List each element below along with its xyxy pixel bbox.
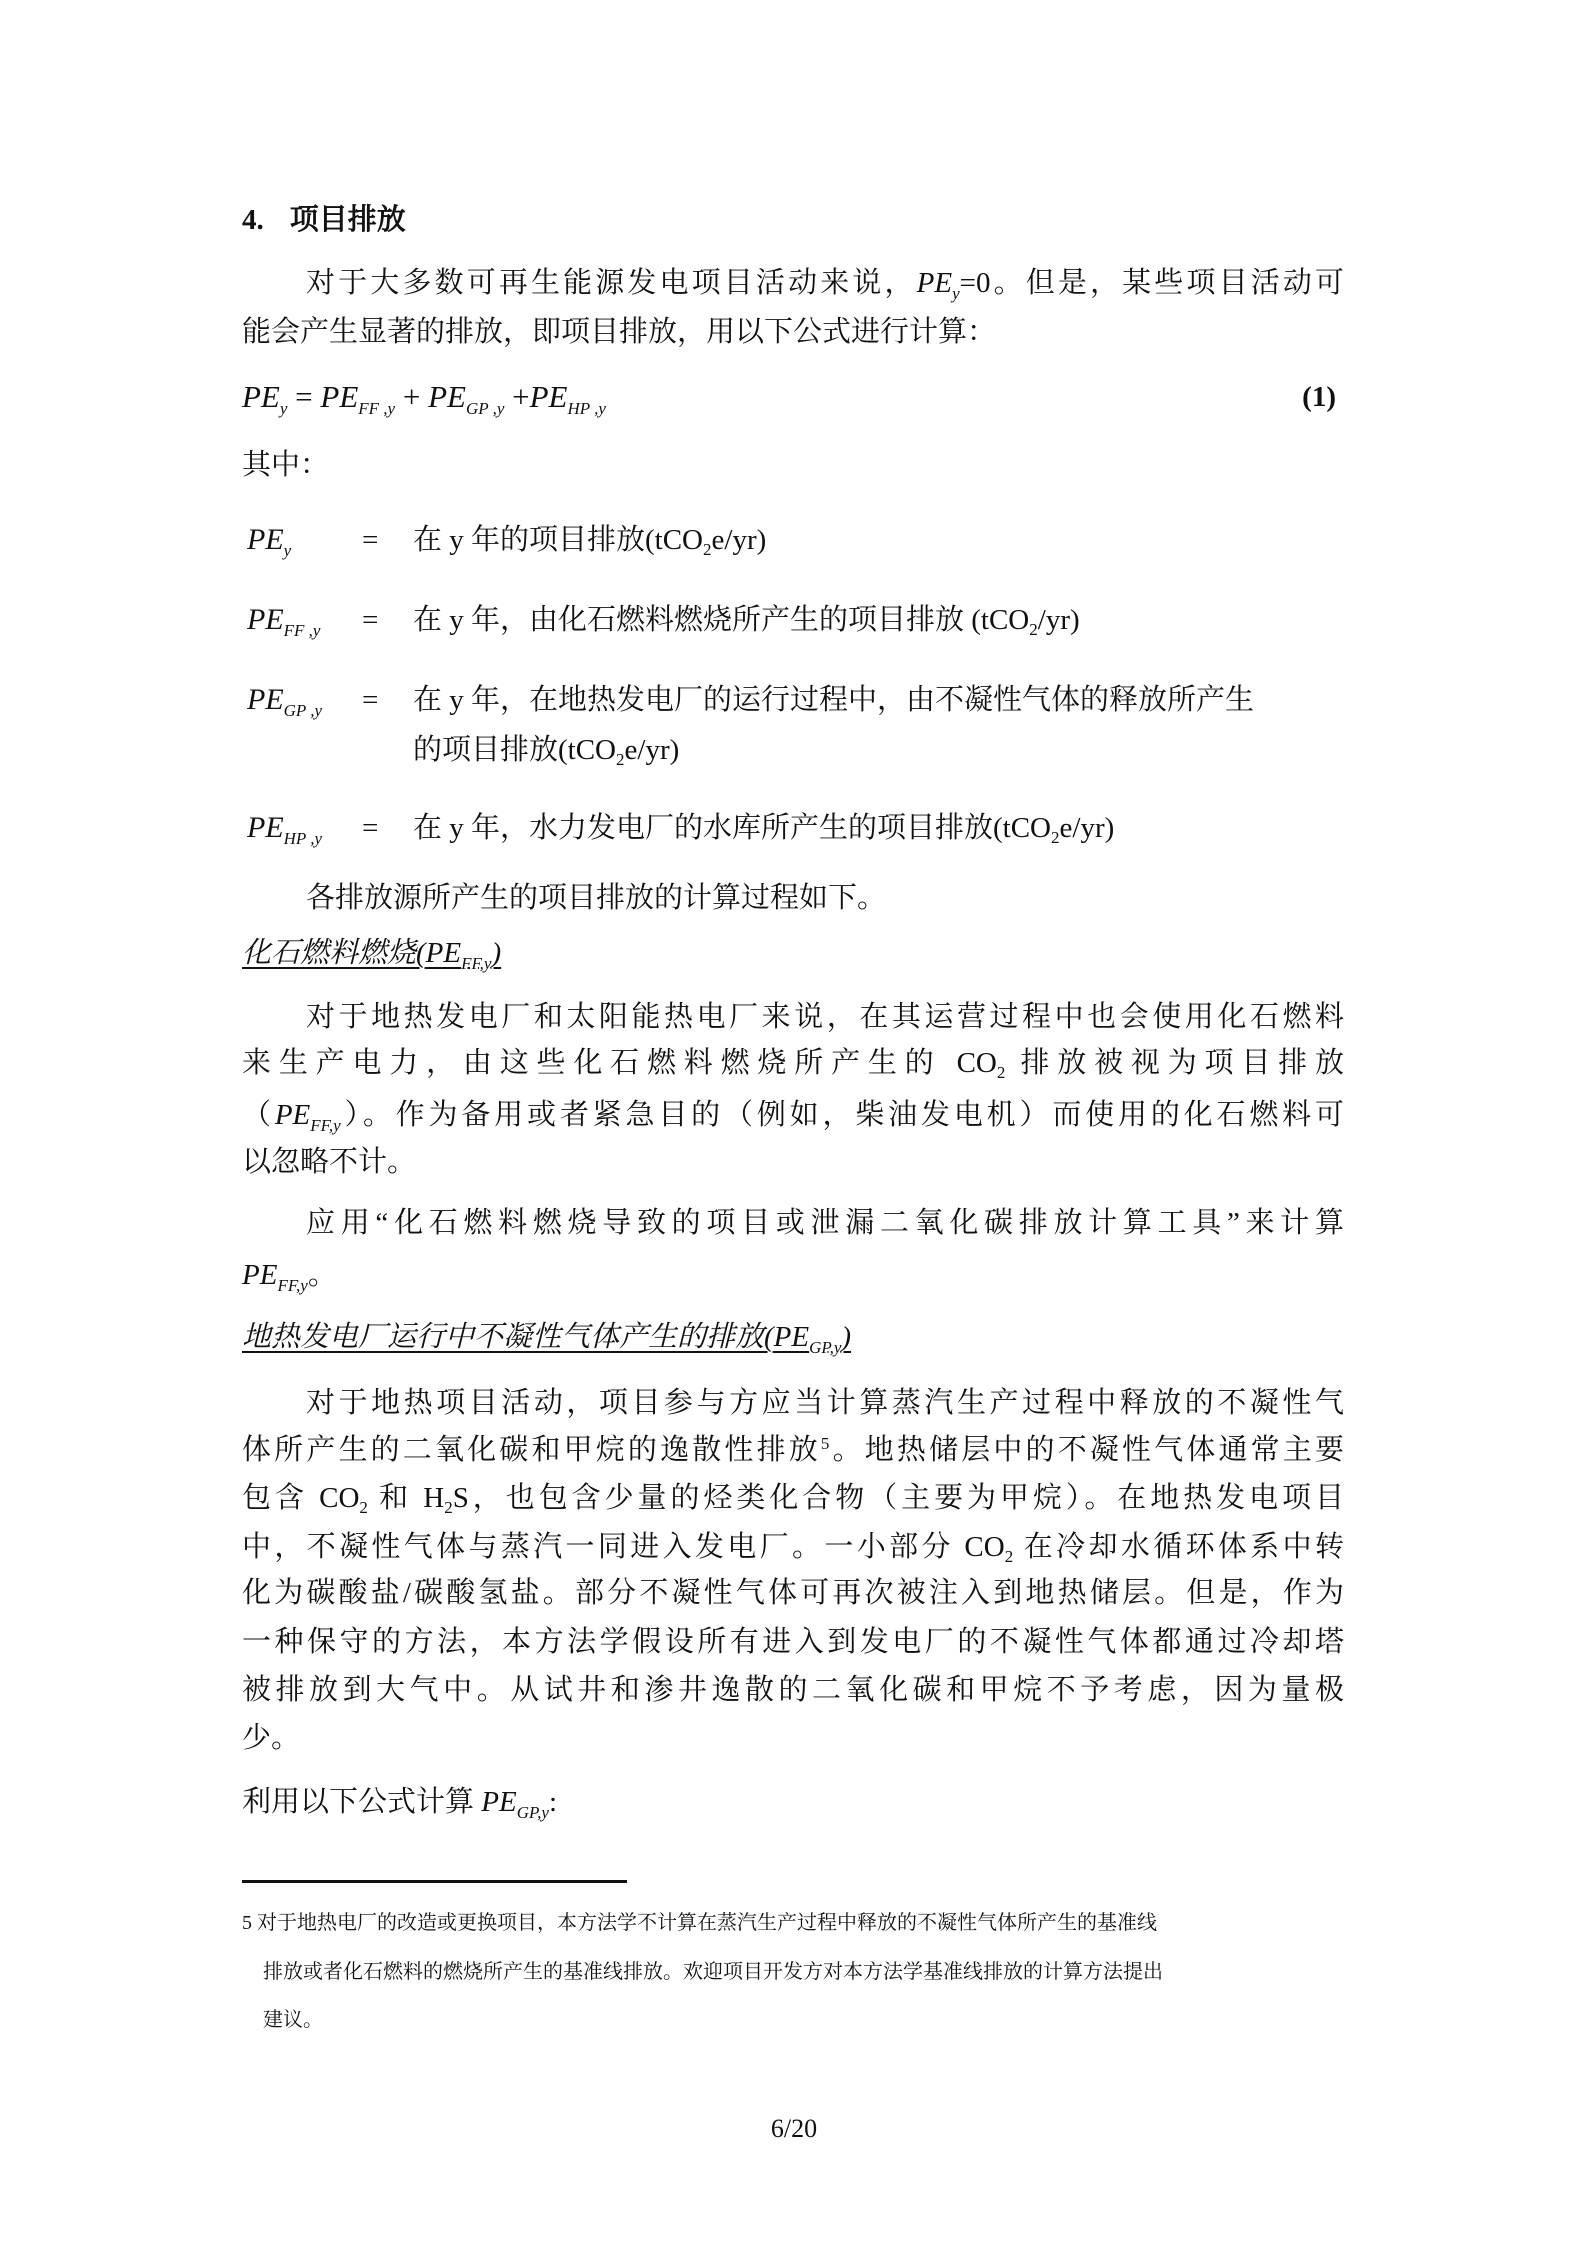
para-text: 中，不凝性气体与蒸汽一同进入发电厂。一小部分 CO — [242, 1531, 1005, 1563]
def-text: e/yr) — [712, 524, 767, 556]
eq-term-gp-sub: GP ,y — [466, 399, 504, 418]
subscript: 2 — [616, 750, 625, 769]
def-symbol-base: PE — [247, 683, 284, 716]
para-tool-line-1: 应用“化石燃料燃烧导致的项目或泄漏二氧化碳排放计算工具”来计算 — [306, 1203, 1344, 1243]
subscript: 2 — [1005, 1547, 1014, 1566]
intro-text: =0。但是，某些项目活动可 — [960, 267, 1344, 299]
footnote-divider — [242, 1880, 627, 1883]
def-symbol-sub: HP ,y — [284, 829, 322, 848]
math-sub: y — [952, 284, 960, 303]
intro-line-2: 能会产生显著的排放，即项目排放，用以下公式进行计算： — [242, 312, 1344, 352]
subscript: 2 — [1029, 620, 1038, 639]
math-base: PE — [481, 1786, 516, 1818]
math-base: PE — [917, 267, 952, 299]
def-symbol-sub: y — [284, 541, 292, 560]
para-text: S，也包含少量的烃类化合物（主要为甲烷）。在地热发电项目 — [453, 1482, 1344, 1514]
para-gp-line-1: 对于地热项目活动，项目参与方应当计算蒸汽生产过程中释放的不凝性气 — [306, 1383, 1344, 1423]
intro-line-1: 对于大多数可再生能源发电项目活动来说，PEy=0。但是，某些项目活动可 — [306, 263, 1344, 303]
equation-1: PEy = PEFF ,y + PEGP ,y +PEHP ,y — [242, 377, 1344, 417]
para-text: 。 — [308, 1259, 337, 1291]
eq-lhs: PE — [242, 379, 280, 414]
intro-text: 对于大多数可再生能源发电项目活动来说， — [306, 267, 917, 299]
para-ff-line-3: （PEFF,y）。作为备用或者紧急目的（例如，柴油发电机）而使用的化石燃料可 — [242, 1095, 1344, 1135]
subscript: 2 — [1051, 828, 1060, 847]
def-text: 在 y 年，水力发电厂的水库所产生的项目排放(tCO — [413, 812, 1051, 844]
section-number: 4. — [242, 204, 264, 236]
math-base: PE — [275, 1099, 310, 1131]
def-text: 在 y 年的项目排放(tCO — [413, 524, 703, 556]
para-text: （ — [242, 1099, 275, 1131]
math-sub: GP,y — [517, 1803, 549, 1822]
subscript: 2 — [703, 540, 712, 559]
def-symbol-pe-ff: PEFF ,y — [247, 600, 320, 640]
para-gp-line-6: 一种保守的方法，本方法学假设所有进入到发电厂的不凝性气体都通过冷却塔 — [242, 1622, 1344, 1662]
math-pe-gp: PEGP,y — [481, 1786, 549, 1818]
math-sub: GP,y — [809, 1338, 841, 1357]
def-equals: = — [362, 680, 378, 720]
footnote-line-1: 5 对于地热电厂的改造或更换项目，本方法学不计算在蒸汽生产过程中释放的不凝性气体… — [242, 1908, 1157, 1938]
eq-term-hp: PE — [530, 379, 568, 414]
def-symbol-pe-hp: PEHP ,y — [247, 808, 322, 848]
def-text-pe-gp-cont: 的项目排放(tCO2e/yr) — [413, 730, 679, 770]
eq-term-hp-sub: HP ,y — [567, 399, 605, 418]
para-text: 排放被视为项目排放 — [1005, 1047, 1344, 1079]
math-base: PE — [774, 1321, 809, 1353]
def-text-pe-ff: 在 y 年，由化石燃料燃烧所产生的项目排放 (tCO2/yr) — [413, 600, 1080, 640]
para-text: 和 H — [368, 1482, 444, 1514]
def-symbol-pe-y: PEy — [247, 520, 291, 560]
def-symbol-sub: FF ,y — [284, 621, 321, 640]
para-text: 来生产电力，由这些化石燃料燃烧所产生的 CO — [242, 1047, 997, 1079]
para-text: 体所产生的二氧化碳和甲烷的逸散性排放 — [242, 1434, 821, 1466]
eq-equals: = — [287, 379, 320, 414]
para-gp-line-8: 少。 — [242, 1718, 1344, 1758]
para-ff-line-2: 来生产电力，由这些化石燃料燃烧所产生的 CO2 排放被视为项目排放 — [242, 1043, 1344, 1083]
where-label: 其中： — [242, 445, 1344, 485]
def-text: 在 y 年，由化石燃料燃烧所产生的项目排放 (tCO — [413, 604, 1029, 636]
subscript: 2 — [444, 1498, 453, 1517]
def-text-pe-gp: 在 y 年，在地热发电厂的运行过程中，由不凝性气体的释放所产生 — [413, 680, 1254, 720]
subsection-geothermal: 地热发电厂运行中不凝性气体产生的排放(PEGP,y) — [242, 1317, 1344, 1357]
para-gp-line-7: 被排放到大气中。从试井和渗井逸散的二氧化碳和甲烷不予考虑，因为量极 — [242, 1670, 1344, 1710]
para-tool-line-2: PEFF,y。 — [242, 1255, 1344, 1295]
eq-term-ff-sub: FF ,y — [358, 399, 395, 418]
page-number: 6/20 — [0, 2112, 1588, 2146]
para-text: 包含 CO — [242, 1482, 359, 1514]
para-text: 。地热储层中的不凝性气体通常主要 — [829, 1434, 1344, 1466]
math-base: PE — [242, 1259, 277, 1291]
footnote-line-2: 排放或者化石燃料的燃烧所产生的基准线排放。欢迎项目开发方对本方法学基准线排放的计… — [263, 1957, 1163, 1987]
calc-intro: 各排放源所产生的项目排放的计算过程如下。 — [306, 878, 1344, 918]
eq-plus: + — [504, 379, 529, 414]
para-gp-line-5: 化为碳酸盐/碳酸氢盐。部分不凝性气体可再次被注入到地热储层。但是，作为 — [242, 1573, 1344, 1613]
math-pe-ff: PEFF,y — [275, 1099, 341, 1131]
eq-plus: + — [395, 379, 428, 414]
math-sub: FF,y — [277, 1276, 307, 1295]
def-symbol-base: PE — [247, 603, 284, 636]
def-text-pe-y: 在 y 年的项目排放(tCO2e/yr) — [413, 520, 766, 560]
math-sub: FF,y — [461, 954, 491, 973]
para-gp-line-3: 包含 CO2 和 H2S，也包含少量的烃类化合物（主要为甲烷）。在地热发电项目 — [242, 1478, 1344, 1518]
def-equals: = — [362, 520, 378, 560]
document-page: 4.项目排放 对于大多数可再生能源发电项目活动来说，PEy=0。但是，某些项目活… — [0, 0, 1588, 2245]
def-symbol-base: PE — [247, 811, 284, 844]
math-base: PE — [426, 937, 461, 969]
subscript: 2 — [359, 1498, 368, 1517]
math-pe-y: PEy — [917, 267, 960, 299]
def-symbol-base: PE — [247, 523, 284, 556]
math-sub: FF,y — [310, 1116, 340, 1135]
equation-number: (1) — [1302, 377, 1336, 417]
para-text: ）。作为备用或者紧急目的（例如，柴油发电机）而使用的化石燃料可 — [341, 1099, 1344, 1131]
eq-term-gp: PE — [428, 379, 466, 414]
def-text: /yr) — [1038, 604, 1080, 636]
formula-intro: 利用以下公式计算 PEGP,y: — [242, 1782, 1344, 1822]
section-heading: 4.项目排放 — [242, 200, 1344, 240]
para-gp-line-2: 体所产生的二氧化碳和甲烷的逸散性排放5。地热储层中的不凝性气体通常主要 — [242, 1430, 1344, 1470]
def-symbol-sub: GP ,y — [284, 701, 322, 720]
def-text: 的项目排放(tCO — [413, 734, 616, 766]
para-gp-line-4: 中，不凝性气体与蒸汽一同进入发电厂。一小部分 CO2 在冷却水循环体系中转 — [242, 1527, 1344, 1567]
def-equals: = — [362, 600, 378, 640]
subsection-title: 地热发电厂运行中不凝性气体产生的排放( — [242, 1321, 774, 1353]
eq-term-ff: PE — [320, 379, 358, 414]
para-text: 在冷却水循环体系中转 — [1013, 1531, 1344, 1563]
subsection-close: ) — [491, 937, 501, 969]
subsection-close: ) — [841, 1321, 851, 1353]
def-symbol-pe-gp: PEGP ,y — [247, 680, 322, 720]
math-pe-ff: PEFF,y — [242, 1259, 308, 1291]
def-text-pe-hp: 在 y 年，水力发电厂的水库所产生的项目排放(tCO2e/yr) — [413, 808, 1114, 848]
para-text: : — [549, 1786, 557, 1818]
para-ff-line-1: 对于地热发电厂和太阳能热电厂来说，在其运营过程中也会使用化石燃料 — [306, 997, 1344, 1037]
def-equals: = — [362, 808, 378, 848]
subsection-fossil-fuel: 化石燃料燃烧(PEFF,y) — [242, 933, 1344, 973]
section-title: 项目排放 — [290, 204, 406, 236]
para-text: 利用以下公式计算 — [242, 1786, 481, 1818]
subsection-title: 化石燃料燃烧( — [242, 937, 426, 969]
def-text: e/yr) — [1060, 812, 1115, 844]
footnote-line-3: 建议。 — [263, 2005, 323, 2035]
def-text: e/yr) — [625, 734, 680, 766]
para-ff-line-4: 以忽略不计。 — [242, 1142, 1344, 1182]
